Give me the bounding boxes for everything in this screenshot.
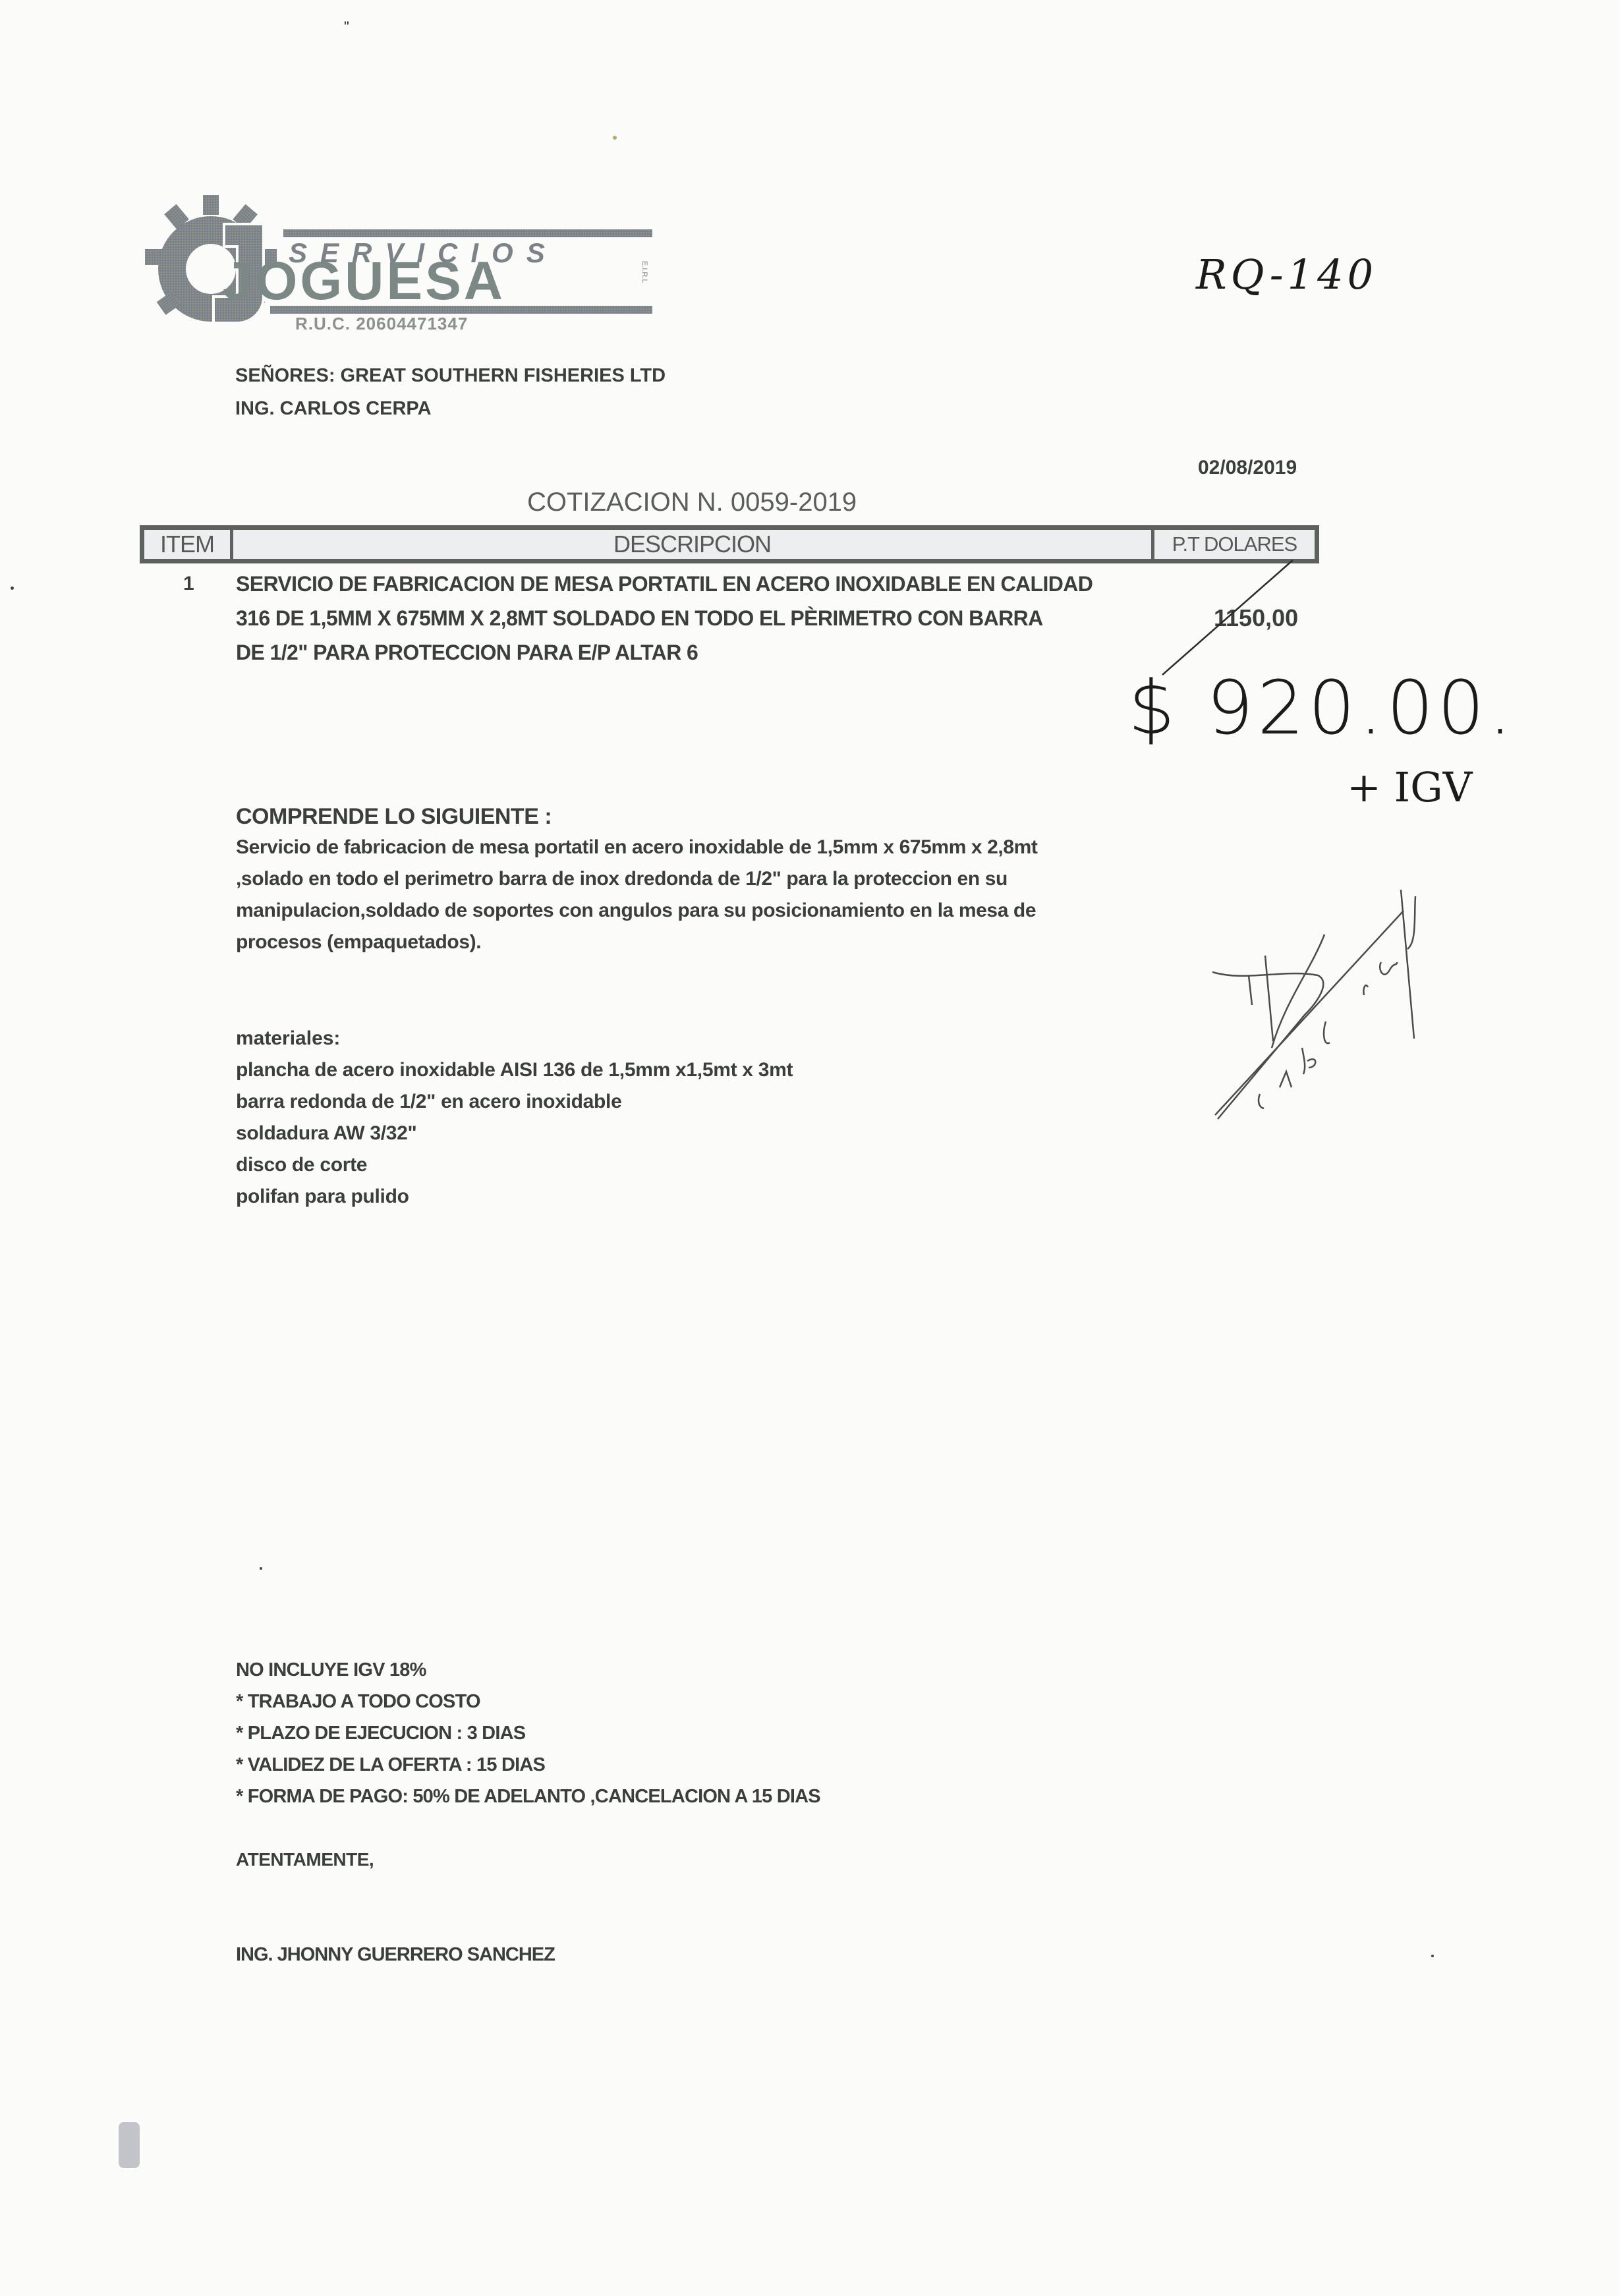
recipient-contact: ING. CARLOS CERPA xyxy=(235,393,432,424)
scope-line: procesos (empaquetados). xyxy=(236,927,481,958)
terms-item: * PLAZO DE EJECUCION : 3 DIAS xyxy=(236,1717,525,1749)
column-header-description: DESCRIPCION xyxy=(233,530,1151,559)
handwritten-signature xyxy=(1186,870,1483,1147)
scope-heading: COMPRENDE LO SIGUIENTE : xyxy=(236,801,552,832)
scope-line: ,solado en todo el perimetro barra de in… xyxy=(236,863,1008,895)
quote-title: COTIZACION N. 0059-2019 xyxy=(527,488,857,517)
recipient-company: SEÑORES: GREAT SOUTHERN FISHERIES LTD xyxy=(235,360,666,391)
row-item-number: 1 xyxy=(183,568,194,600)
scope-line: Servicio de fabricacion de mesa portatil… xyxy=(236,832,1038,863)
logo-joguesa: JOGUESA xyxy=(223,254,505,308)
row-description-line: 316 DE 1,5MM X 675MM X 2,8MT SOLDADO EN … xyxy=(236,602,1043,634)
scan-speck xyxy=(1431,1955,1434,1957)
company-logo: SERVICIOS JOGUESA E.I.R.L R.U.C. 2060447… xyxy=(145,177,659,335)
scan-speck xyxy=(11,587,14,590)
material-item: polifan para pulido xyxy=(236,1181,409,1213)
row-description-line: DE 1/2" PARA PROTECCION PARA E/P ALTAR 6 xyxy=(236,637,698,668)
logo-ruc: R.U.C. 20604471347 xyxy=(295,314,468,334)
quote-date: 02/08/2019 xyxy=(1198,452,1297,484)
scan-smudge xyxy=(119,2122,140,2168)
signatory-name: ING. JHONNY GUERRERO SANCHEZ xyxy=(236,1939,555,1970)
row-description-line: SERVICIO DE FABRICACION DE MESA PORTATIL… xyxy=(236,568,1093,600)
logo-eirl: E.I.R.L xyxy=(640,261,648,283)
handwritten-reference: RQ-140 xyxy=(1196,250,1377,299)
handwritten-tax-note: + IGV xyxy=(1347,763,1472,811)
material-item: plancha de acero inoxidable AISI 136 de … xyxy=(236,1054,793,1086)
terms-item: * FORMA DE PAGO: 50% DE ADELANTO ,CANCEL… xyxy=(236,1781,820,1812)
terms-item: * VALIDEZ DE LA OFERTA : 15 DIAS xyxy=(236,1749,545,1781)
scan-speck xyxy=(260,1567,262,1570)
materials-heading: materiales: xyxy=(236,1023,340,1054)
material-item: disco de corte xyxy=(236,1149,367,1181)
scan-mark-quote: " xyxy=(344,18,349,36)
handwritten-amount: $ 920.00. xyxy=(1128,666,1516,751)
scope-line: manipulacion,soldado de soportes con ang… xyxy=(236,895,1036,927)
scan-speck xyxy=(613,136,617,140)
terms-tax-note: NO INCLUYE IGV 18% xyxy=(236,1654,426,1686)
closing-salutation: ATENTAMENTE, xyxy=(236,1844,374,1876)
material-item: barra redonda de 1/2" en acero inoxidabl… xyxy=(236,1086,621,1118)
material-item: soldadura AW 3/32" xyxy=(236,1118,416,1149)
column-header-item: ITEM xyxy=(144,530,233,559)
terms-item: * TRABAJO A TODO COSTO xyxy=(236,1686,480,1717)
